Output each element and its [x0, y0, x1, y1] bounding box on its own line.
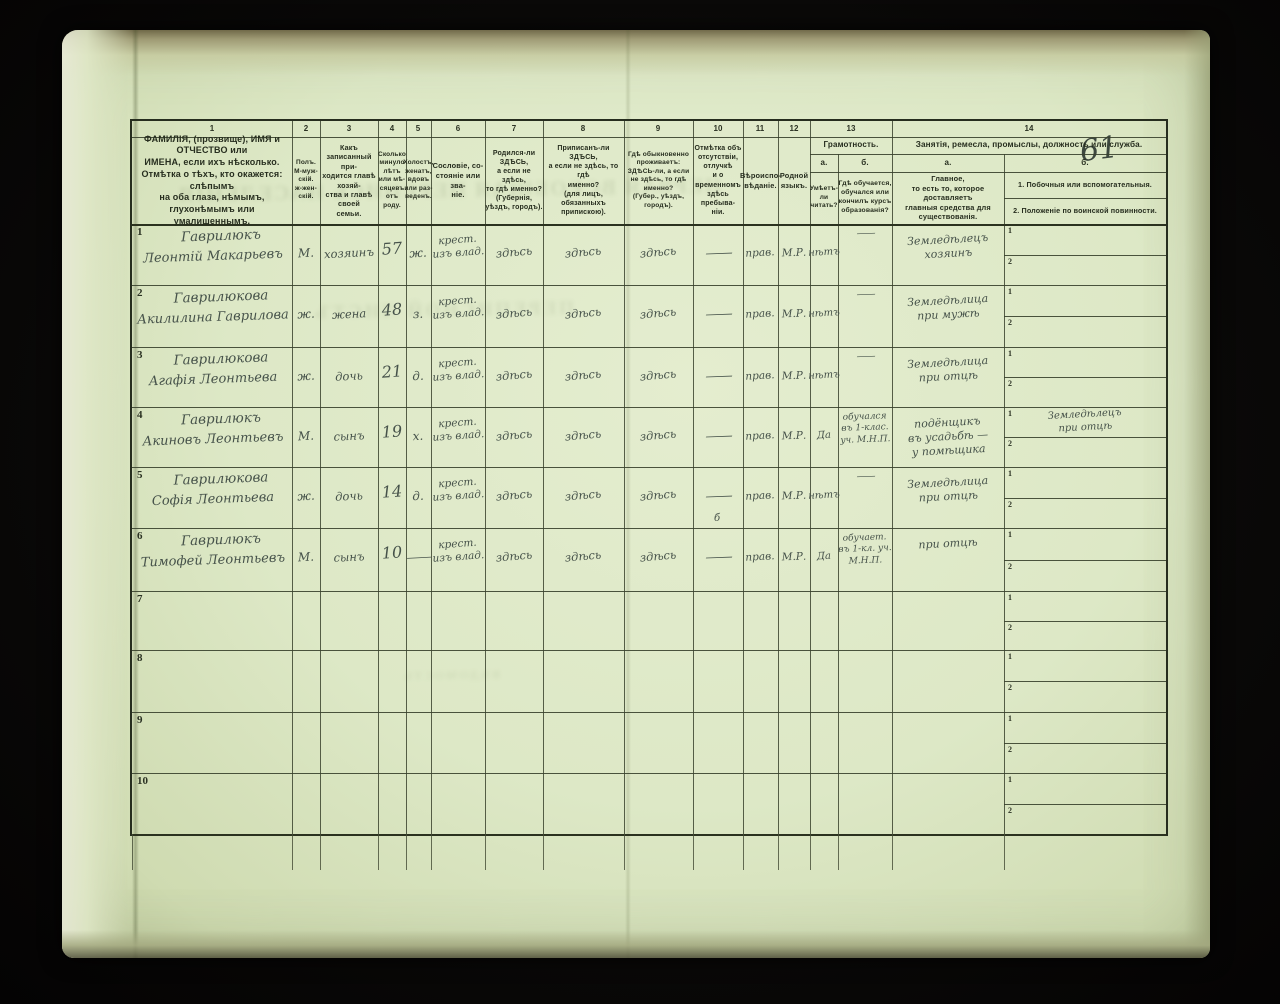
header-cell-col14_b1: 1. Побочныя или вспомогательныя.	[1004, 172, 1166, 198]
entry-marital: х.	[348, 425, 489, 447]
grid-line-v	[778, 121, 779, 834]
entry-age: 14	[321, 477, 462, 507]
person-surname: Гаврилюкъ	[152, 226, 291, 248]
grid-line-v	[624, 121, 625, 834]
subcell-label-1: 1	[1008, 652, 1012, 661]
entry-age: 57	[321, 234, 462, 264]
column-number-13: 13	[847, 124, 856, 133]
entry-occ-main: Земледѣлица при отцѣ	[877, 352, 1018, 387]
entry-language: М.Р.	[724, 368, 864, 386]
grid-line-v	[406, 121, 407, 834]
subcell-label-1: 1	[1008, 530, 1012, 539]
entry-born: здѣсь	[444, 300, 585, 327]
grid-line-dangle	[810, 834, 811, 870]
grid-line-v	[810, 121, 811, 834]
subcell-label-2: 2	[1008, 500, 1012, 509]
entry-age: 48	[321, 295, 462, 325]
entry-language: М.Р.	[724, 245, 864, 263]
entry-estate: крест. изъ влад.	[387, 352, 528, 388]
entry-lives: здѣсь	[588, 362, 729, 389]
census-sheet: ПЕРВАЯ ВСЕОБЩАЯ ПЕРЕПИСЬ НАСЕЛЕНІЯ ПЕРЕП…	[62, 30, 1210, 958]
entry-relation: жена	[279, 303, 420, 325]
entry-born: здѣсь	[444, 362, 585, 389]
grid-line-dangle	[132, 834, 133, 870]
subcell-label-2: 2	[1008, 806, 1012, 815]
grid-line-h	[132, 650, 1166, 651]
entry-lives: здѣсь	[588, 422, 729, 449]
grid-line-v	[292, 121, 293, 834]
entry-education: —	[711, 347, 1019, 369]
header-cell-col13_a: Умѣетъ- ли читать?	[810, 172, 838, 224]
grid-line-h	[132, 773, 1166, 774]
grid-line-v	[543, 121, 544, 834]
entry-marital: з.	[348, 303, 489, 325]
header-cell-col9: Гдѣ обыкновенно проживаетъ: ЗДѢСЬ-ли, а …	[624, 137, 693, 224]
entry-absence: —	[564, 424, 872, 451]
column-number-10: 10	[714, 124, 723, 133]
row-number: 9	[137, 714, 143, 726]
person-given-name: Тимофей Леонтьевъ	[134, 550, 292, 572]
grid-line-dangle	[778, 834, 779, 870]
grid-line-h	[132, 467, 1166, 468]
entry-literate: нѣтъ	[754, 366, 894, 386]
person-surname: Гаврилюкъ	[152, 530, 291, 552]
entry-sex: М.	[236, 242, 377, 264]
paper-bottom-edge	[62, 930, 1210, 958]
grid-line-h-subcell	[1004, 437, 1166, 438]
entry-born: здѣсь	[444, 543, 585, 570]
subcell-label-1: 1	[1008, 775, 1012, 784]
entry-absence: —	[564, 484, 872, 511]
column-number-6: 6	[456, 124, 460, 133]
row-number: 10	[137, 775, 148, 787]
entry-language: М.Р.	[724, 306, 864, 324]
column-number-7: 7	[512, 124, 516, 133]
entry-estate: крест. изъ влад.	[387, 412, 528, 448]
entry-education: обучался въ 1-клас. уч. М.Н.П.	[794, 410, 935, 449]
grid-line-dangle	[292, 834, 293, 870]
grid-line-dangle	[892, 834, 893, 870]
entry-relation: хозяинъ	[279, 242, 420, 264]
entry-literate: нѣтъ	[754, 243, 894, 263]
entry-age: 21	[321, 357, 462, 387]
row-number: 5	[137, 469, 143, 481]
header-cell-col14_b_label: б.	[1004, 154, 1166, 172]
column-number-12: 12	[790, 124, 799, 133]
grid-line-v	[485, 121, 486, 834]
column-number-5: 5	[416, 124, 420, 133]
entry-sex: ж.	[236, 485, 377, 507]
entry-language: М.Р.	[724, 488, 864, 506]
subcell-label-1: 1	[1008, 409, 1012, 418]
grid-line-v	[892, 121, 893, 834]
grid-line-h	[132, 712, 1166, 713]
column-number-9: 9	[656, 124, 660, 133]
subcell-label-1: 1	[1008, 593, 1012, 602]
grid-line-h	[132, 834, 1166, 836]
grid-line-h-subcell	[1004, 804, 1166, 805]
subcell-label-2: 2	[1008, 379, 1012, 388]
entry-sex: ж.	[236, 365, 377, 387]
row-number: 7	[137, 593, 143, 605]
subcell-label-2: 2	[1008, 623, 1012, 632]
header-cell-col13_title: Грамотность.	[810, 137, 892, 154]
entry-born: здѣсь	[444, 482, 585, 509]
grid-line-h	[132, 591, 1166, 592]
subcell-label-2: 2	[1008, 683, 1012, 692]
entry-occ-side: Земледѣлецъ при отцѣ	[1014, 405, 1155, 437]
person-given-name: Софія Леонтьева	[134, 489, 292, 511]
entry-occ-main: Земледѣлецъ хозяинъ	[877, 229, 1018, 264]
column-number-3: 3	[347, 124, 351, 133]
grid-line-h-subcell	[1004, 560, 1166, 561]
subcell-label-1: 1	[1008, 287, 1012, 296]
column-number-11: 11	[756, 124, 764, 133]
entry-relation: сынъ	[279, 425, 420, 447]
grid-line-h	[132, 347, 1166, 348]
entry-lives: здѣсь	[588, 482, 729, 509]
subcell-label-1: 1	[1008, 469, 1012, 478]
entry-language: М.Р.	[724, 428, 864, 446]
grid-line-dangle	[320, 834, 321, 870]
entry-born: здѣсь	[444, 239, 585, 266]
grid-line-h-subcell	[1004, 681, 1166, 682]
header-cell-col12: Родной языкъ.	[778, 137, 810, 224]
header-cell-col13_b_label: б.	[838, 154, 892, 172]
column-number-2: 2	[304, 124, 308, 133]
entry-relation: сынъ	[279, 546, 420, 568]
subcell-label-2: 2	[1008, 562, 1012, 571]
entry-occ-main: Земледѣлица при отцѣ	[877, 472, 1018, 507]
census-table: 121212121212121212121234567891011121314Ф…	[130, 119, 1168, 836]
person-surname: Гаврилюкова	[152, 349, 291, 371]
entry-literate: нѣтъ	[754, 304, 894, 324]
column-number-14: 14	[1025, 124, 1034, 133]
entry-sex: М.	[236, 546, 377, 568]
subcell-label-1: 1	[1008, 714, 1012, 723]
entry-marital: ж.	[348, 242, 489, 264]
grid-line-v	[378, 121, 379, 834]
header-cell-col11: Вѣроиспо- вѣданіе.	[743, 137, 778, 224]
entry-registered: здѣсь	[513, 239, 654, 266]
entry-marital: —	[264, 542, 572, 573]
entry-lives: здѣсь	[588, 543, 729, 570]
stray-ink-mark: б	[707, 513, 727, 526]
header-cell-col14_a_label: а.	[892, 154, 1004, 172]
grid-line-v	[693, 121, 694, 834]
grid-line-h	[132, 285, 1166, 286]
grid-line-h-subcell	[1004, 621, 1166, 622]
subcell-label-1: 1	[1008, 349, 1012, 358]
entry-education: обучает. въ 1-кл. уч. М.Н.П.	[794, 531, 935, 570]
entry-relation: дочь	[279, 485, 420, 507]
paper-left-rim	[62, 30, 134, 958]
row-number: 1	[137, 226, 143, 238]
entry-registered: здѣсь	[513, 300, 654, 327]
entry-occ-main: подёнщикъ въ усадьбѣ — у помѣщика	[877, 412, 1019, 461]
paper-top-edge	[62, 30, 1210, 76]
paper-right-edge	[1184, 30, 1210, 958]
header-cell-col3: Какъ записанный при- ходится главѣ хозяй…	[320, 137, 378, 224]
entry-lives: здѣсь	[588, 300, 729, 327]
entry-registered: здѣсь	[513, 362, 654, 389]
row-number: 4	[137, 409, 143, 421]
column-number-8: 8	[581, 124, 585, 133]
grid-line-dangle	[431, 834, 432, 870]
entry-literate: Да	[754, 547, 894, 567]
header-cell-col7: Родился-ли ЗДѢСЬ, а если не здѣсь, то гд…	[485, 137, 543, 224]
entry-age: 19	[321, 417, 462, 447]
grid-line-v	[743, 121, 744, 834]
entry-literate: Да	[754, 426, 894, 446]
subcell-label-2: 2	[1008, 318, 1012, 327]
entry-lives: здѣсь	[588, 239, 729, 266]
grid-line-v	[320, 121, 321, 834]
header-cell-col14_title: Занятія, ремесла, промыслы, должность ил…	[892, 137, 1166, 154]
person-given-name: Акиновъ Леонтьевъ	[134, 429, 292, 451]
grid-line-dangle	[378, 834, 379, 870]
entry-estate: крест. изъ влад.	[387, 229, 528, 265]
grid-line-h-subcell	[1004, 743, 1166, 744]
grid-line-dangle	[543, 834, 544, 870]
grid-line-dangle	[624, 834, 625, 870]
grid-line-h-subcell	[1004, 316, 1166, 317]
person-given-name: Акилилина Гаврилова	[134, 307, 292, 329]
subcell-label-1: 1	[1008, 226, 1012, 235]
entry-education: —	[711, 285, 1019, 307]
person-surname: Гаврилюкова	[152, 469, 291, 491]
header-cell-col4: Сколько минуло лѣтъ или мѣ- сяцевъ отъ р…	[378, 137, 406, 224]
entry-age: 10	[321, 538, 462, 568]
entry-sex: ж.	[236, 303, 377, 325]
grid-line-dangle	[406, 834, 407, 870]
entry-relation: дочь	[279, 365, 420, 387]
header-cell-col14_a: Главное, то есть то, которое доставляетъ…	[892, 172, 1004, 224]
entry-absence: —	[564, 241, 872, 268]
entry-born: здѣсь	[444, 422, 585, 449]
row-number: 3	[137, 349, 143, 361]
entry-marital: д.	[348, 365, 489, 387]
person-given-name: Агафія Леонтьева	[134, 369, 292, 391]
row-number: 8	[137, 652, 143, 664]
grid-line-dangle	[693, 834, 694, 870]
entry-occ-main: при отцѣ	[878, 533, 1019, 554]
entry-estate: крест. изъ влад.	[387, 472, 528, 508]
entry-language: М.Р.	[724, 549, 864, 567]
grid-line-h-subcell	[1004, 255, 1166, 256]
header-cell-col1: ФАМИЛІЯ, (прозвище), ИМЯ и ОТЧЕСТВО или …	[132, 137, 292, 224]
entry-absence: —	[564, 545, 872, 572]
header-cell-col10: Отмѣтка объ отсутствіи, отлучкѣ и о врем…	[693, 137, 743, 224]
grid-line-v	[431, 121, 432, 834]
entry-occ-main: Земледѣлица при мужѣ	[877, 290, 1018, 325]
entry-education: —	[711, 467, 1019, 489]
grid-line-dangle	[838, 834, 839, 870]
entry-registered: здѣсь	[513, 422, 654, 449]
grid-line-h	[132, 528, 1166, 529]
header-cell-col5: Холостъ, женатъ, вдовъ или раз- веденъ.	[406, 137, 431, 224]
grid-line-v	[838, 154, 839, 834]
subcell-label-2: 2	[1008, 745, 1012, 754]
header-cell-col13_b: Гдѣ обучается, обучался или кончилъ курс…	[838, 172, 892, 224]
subcell-label-2: 2	[1008, 439, 1012, 448]
row-number: 2	[137, 287, 143, 299]
grid-line-dangle	[743, 834, 744, 870]
entry-estate: крест. изъ влад.	[387, 290, 528, 326]
entry-registered: здѣсь	[513, 482, 654, 509]
entry-literate: нѣтъ	[754, 486, 894, 506]
grid-line-h-subcell	[1004, 377, 1166, 378]
person-surname: Гаврилюкъ	[152, 409, 291, 431]
row-number: 6	[137, 530, 143, 542]
header-cell-col8: Приписанъ-ли ЗДѢСЬ, а если не здѣсь, то …	[543, 137, 624, 224]
header-cell-col6: Сословіе, со- стояніе или зва- ніе.	[431, 137, 485, 224]
column-number-1: 1	[210, 124, 214, 133]
entry-sex: М.	[236, 425, 377, 447]
person-given-name: Леонтій Макарьевъ	[134, 246, 292, 268]
header-cell-col13_a_label: а.	[810, 154, 838, 172]
column-number-4: 4	[390, 124, 394, 133]
entry-estate: крест. изъ влад.	[387, 533, 528, 569]
header-cell-col2: Полъ. М-муж- скій. ж-жен- скій.	[292, 137, 320, 224]
subcell-label-2: 2	[1008, 257, 1012, 266]
entry-education: —	[711, 224, 1019, 246]
entry-absence: —	[564, 302, 872, 329]
entry-absence: —	[564, 364, 872, 391]
grid-line-dangle	[485, 834, 486, 870]
header-cell-col14_b2: 2. Положеніе по воинской повинности.	[1004, 198, 1166, 224]
grid-line-h-subcell	[1004, 498, 1166, 499]
entry-registered: здѣсь	[513, 543, 654, 570]
grid-line-h	[132, 407, 1166, 408]
grid-line-dangle	[1004, 834, 1005, 870]
person-surname: Гаврилюкова	[152, 287, 291, 309]
entry-marital: д.	[348, 485, 489, 507]
